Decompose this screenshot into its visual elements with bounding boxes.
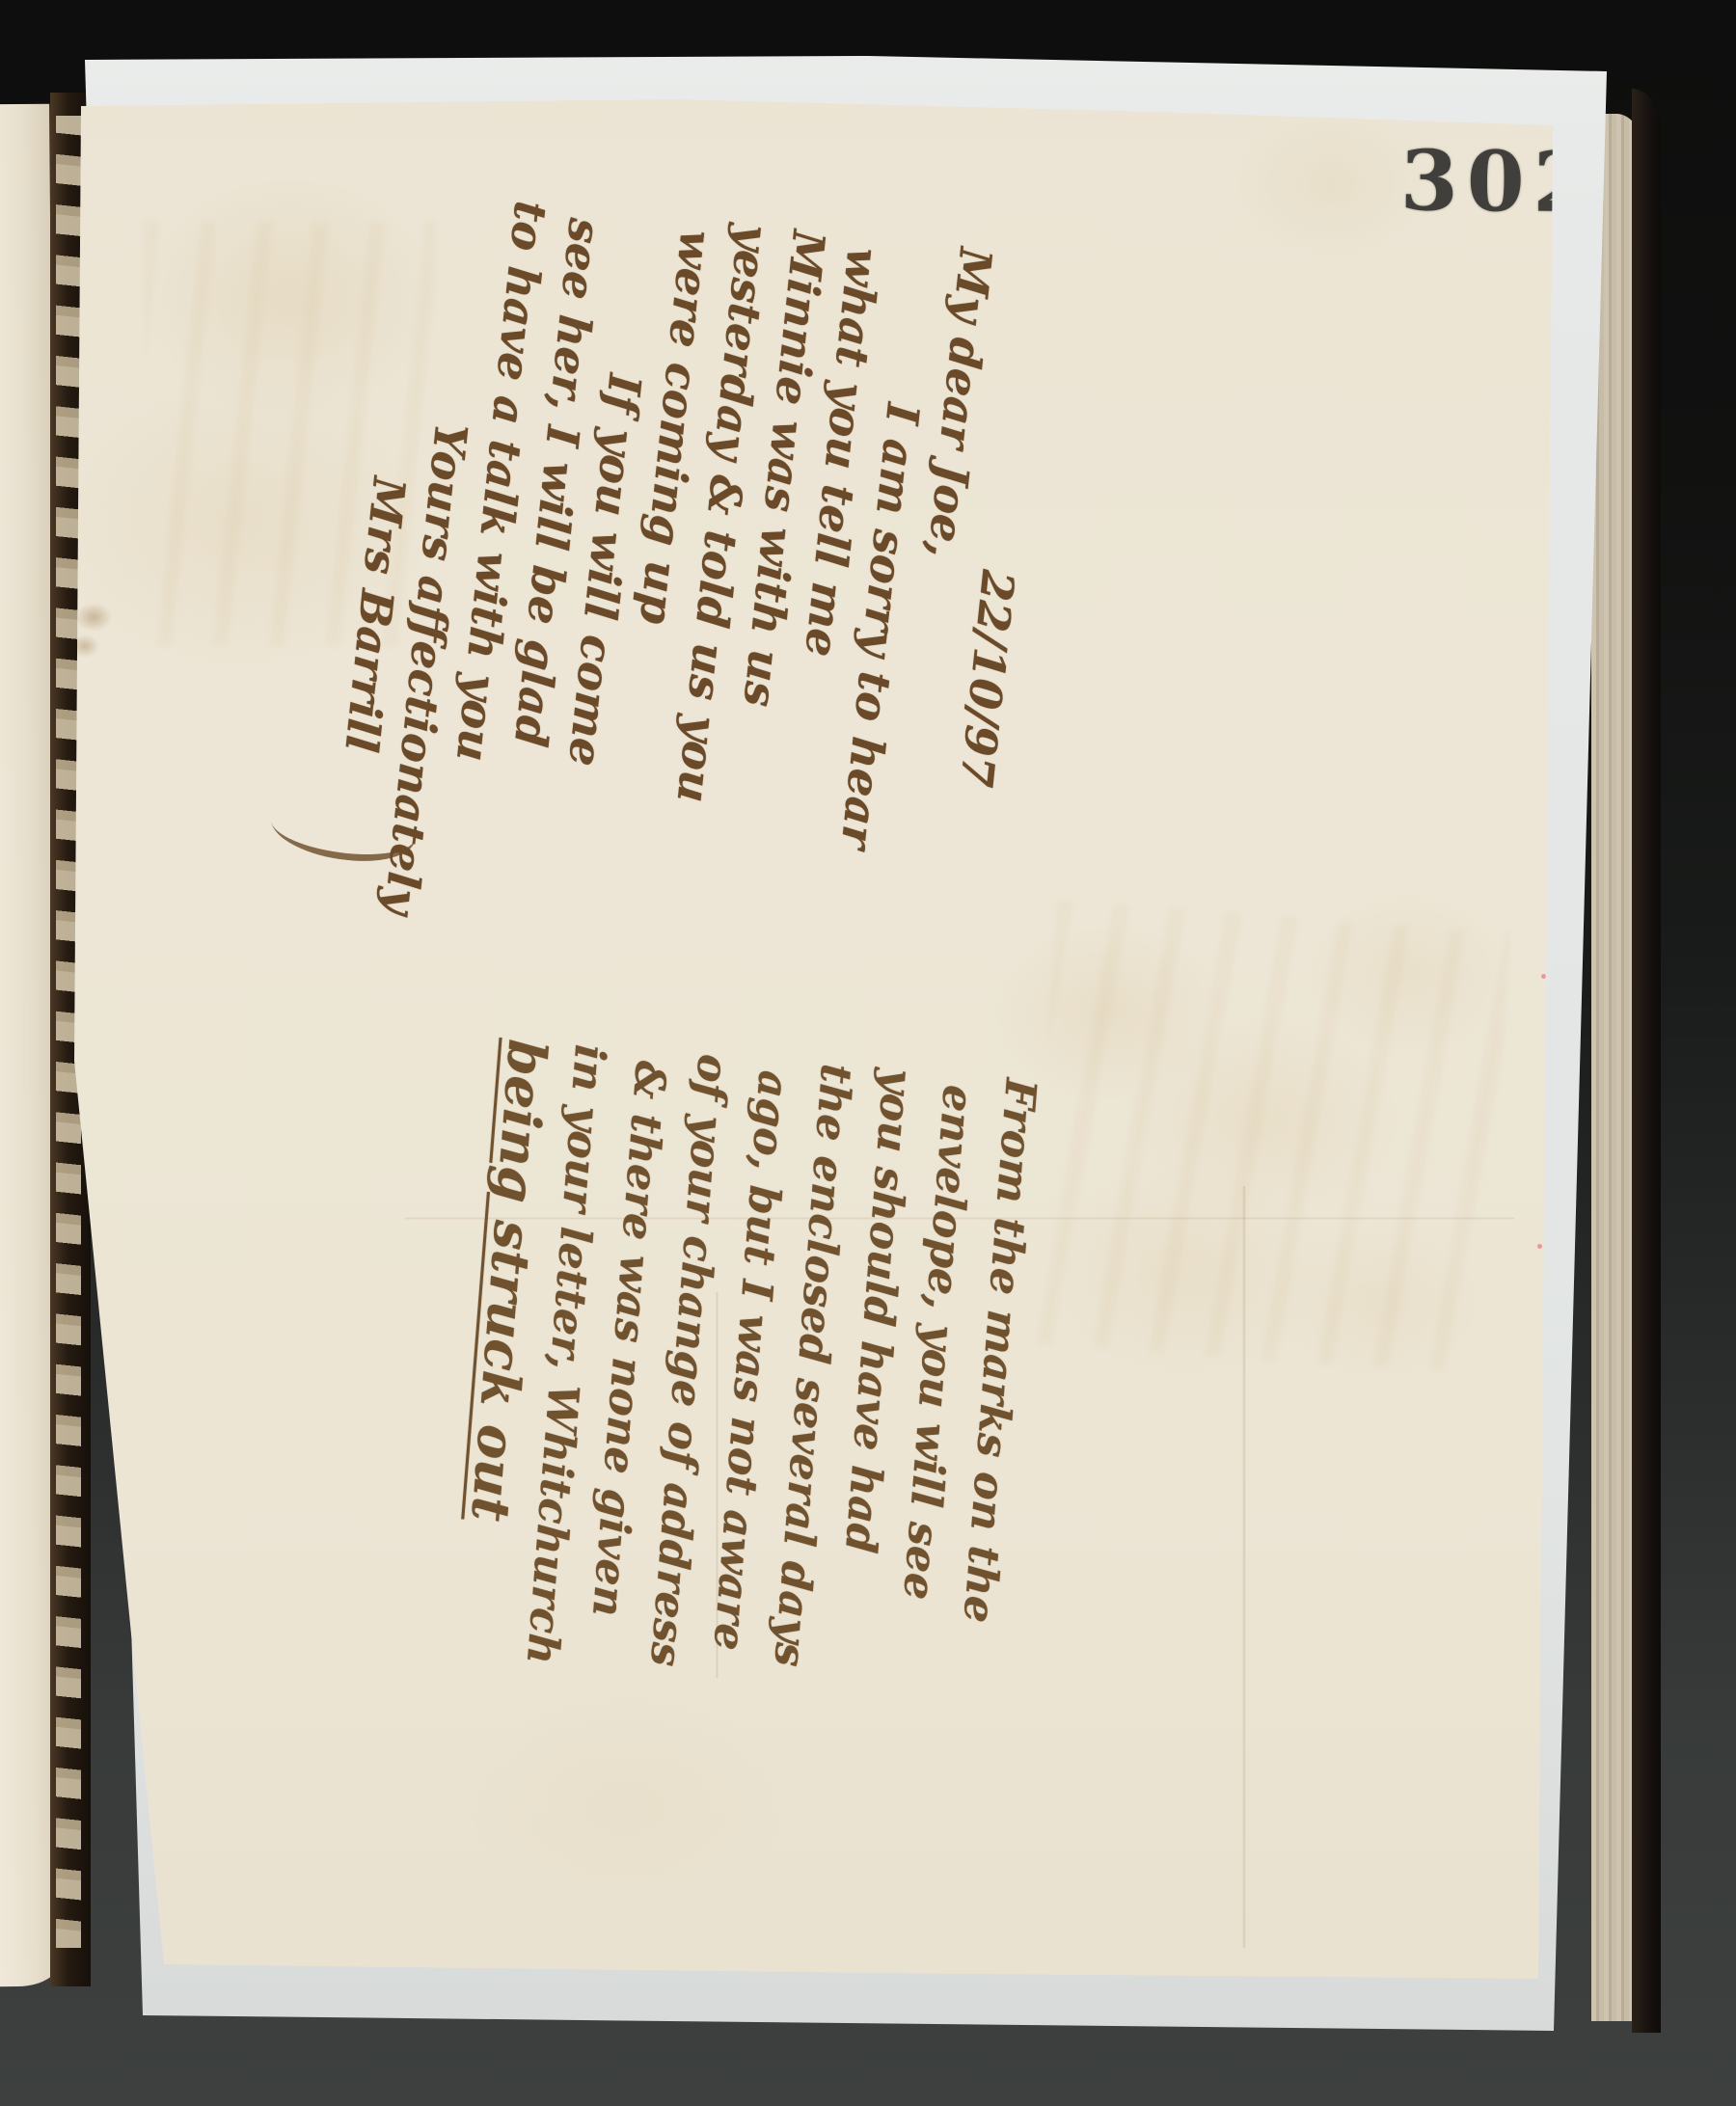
page-crease	[1242, 1186, 1246, 1948]
edge-speck	[1541, 974, 1546, 979]
book-cover-edge	[1632, 89, 1661, 2033]
ink-show-through	[1027, 901, 1510, 1375]
edge-speck	[1537, 1244, 1542, 1249]
book-scan: 302 22/10/97 My dear Joe, I am sorry to …	[0, 0, 1736, 2106]
note-block: From the marks on the envelope, you will…	[415, 1035, 1051, 1687]
page-number-stamp: 302	[1399, 132, 1555, 231]
manuscript-page: 302 22/10/97 My dear Joe, I am sorry to …	[0, 0, 1736, 2106]
